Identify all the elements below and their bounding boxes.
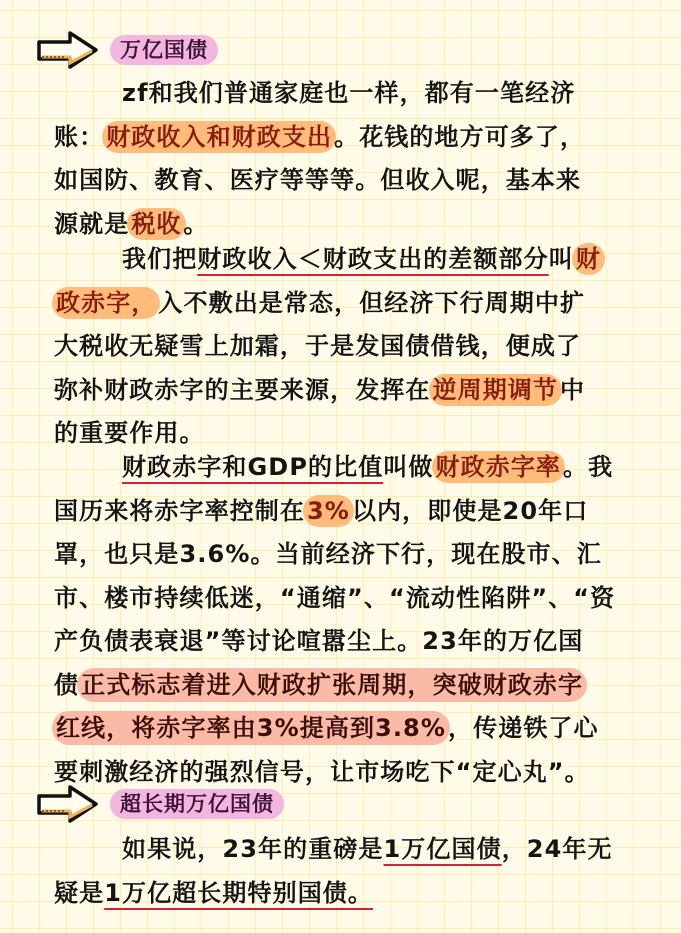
text-line: 弥补财政赤字的主要来源，发挥在逆周期调节中 [54,369,624,413]
underline: 财政收入＜财政支出的差额部分 [197,245,548,273]
text-run: 。我 [563,453,613,481]
highlight: 财政收入和财政支出 [102,121,336,153]
text-run: 弥补财政赤字的主要来源，发挥在 [54,376,431,404]
text-line: 产负债表衰退”等讨论喧嚣尘上。23年的万亿国 [54,620,624,664]
text-run: 的重要作用。 [54,419,205,447]
text-run: 。花钱的地方可多了， [334,123,585,151]
paragraph-2: 我们把财政收入＜财政支出的差额部分叫财 政赤字，入不敷出是常态，但经济下行周期中… [64,238,624,456]
text-line: 大税收无疑雪上加霜，于是发国债借钱，便成了 [54,325,624,369]
text-line: 如国防、教育、医疗等等等。但收入呢，基本来 [54,159,624,203]
text-run: 债 [54,671,79,699]
text-run: 账： [54,123,104,151]
underline: 1万亿国债 [384,835,502,863]
text-run: 产负债表衰退”等讨论喧嚣尘上。23年的万亿国 [54,627,583,655]
text-run: 如国防、教育、医疗等等等。但收入呢，基本来 [54,166,581,194]
text-line: 红线，将赤字率由3%提高到3.8%，传递铁了心 [54,707,624,751]
right-arrow-icon [36,30,100,70]
text-line: 国历来将赤字率控制在3%以内，即使是20年口 [54,490,624,534]
text-run: 叫 [549,245,574,273]
highlight: 政赤字， [52,287,160,319]
text-run: 我们把 [122,245,197,273]
underline: 财政赤字和GDP的比值 [122,453,383,481]
text-run: 源就是 [54,210,129,238]
text-run: 疑是 [54,879,104,907]
text-line: 我们把财政收入＜财政支出的差额部分叫财 [64,238,624,282]
text-run: 。 [184,210,209,238]
text-run: 如果说，23年的重磅是 [122,835,384,863]
text-line: 市、楼市持续低迷，“通缩”、“流动性陷阱”、“资 [54,577,624,621]
text-run: 要刺激经济的强烈信号，让市场吃下“定心丸”。 [54,758,590,786]
text-line: 债正式标志着进入财政扩张周期，突破财政赤字 [54,664,624,708]
underline: 1万亿超长期特别国债。 [104,879,373,907]
text-run: 大税收无疑雪上加霜，于是发国债借钱，便成了 [54,332,581,360]
highlight: 财政赤字率 [432,451,566,483]
paragraph-1: zf和我们普通家庭也一样，都有一笔经济 账：财政收入和财政支出。花钱的地方可多了… [64,72,624,246]
text-line: 账：财政收入和财政支出。花钱的地方可多了， [54,116,624,160]
text-line: 疑是1万亿超长期特别国债。 [54,872,624,916]
highlight: 3% [303,495,354,527]
highlight: 税收 [127,208,185,240]
text-run: 中 [560,376,585,404]
section-heading-1: 万亿国债 [36,30,218,70]
section-tag: 超长期万亿国债 [110,789,284,819]
highlight: 财 [572,243,605,275]
text-run: 以内，即使是20年口 [352,497,588,525]
highlight: 逆周期调节 [429,374,563,406]
text-line: 如果说，23年的重磅是1万亿国债，24年无 [64,828,624,872]
text-run: 入不敷出是常态，但经济下行周期中扩 [158,289,585,317]
paragraph-3: 财政赤字和GDP的比值叫做财政赤字率。我 国历来将赤字率控制在3%以内，即使是2… [64,446,624,794]
right-arrow-icon [36,784,100,824]
text-run: 国历来将赤字率控制在 [54,497,305,525]
text-run: zf和我们普通家庭也一样，都有一笔经济 [122,79,575,107]
text-run: ，传递铁了心 [448,714,599,742]
text-line: 罩，也只是3.6%。当前经济下行，现在股市、汇 [54,533,624,577]
text-run: ，24年无 [502,835,613,863]
highlight-pink: 红线，将赤字率由3%提高到3.8% [52,711,450,745]
highlight-pink: 正式标志着进入财政扩张周期，突破财政赤字 [77,668,587,702]
section-tag: 万亿国债 [110,35,218,65]
text-run: 叫做 [383,453,433,481]
paragraph-4: 如果说，23年的重磅是1万亿国债，24年无 疑是1万亿超长期特别国债。 [64,828,624,915]
section-heading-2: 超长期万亿国债 [36,784,284,824]
text-line: zf和我们普通家庭也一样，都有一笔经济 [64,72,624,116]
article-page: 万亿国债 zf和我们普通家庭也一样，都有一笔经济 账：财政收入和财政支出。花钱的… [0,0,681,933]
text-run: 罩，也只是3.6%。当前经济下行，现在股市、汇 [54,540,602,568]
text-line: 财政赤字和GDP的比值叫做财政赤字率。我 [64,446,624,490]
text-run: 市、楼市持续低迷，“通缩”、“流动性陷阱”、“资 [54,584,615,612]
text-line: 政赤字，入不敷出是常态，但经济下行周期中扩 [54,282,624,326]
